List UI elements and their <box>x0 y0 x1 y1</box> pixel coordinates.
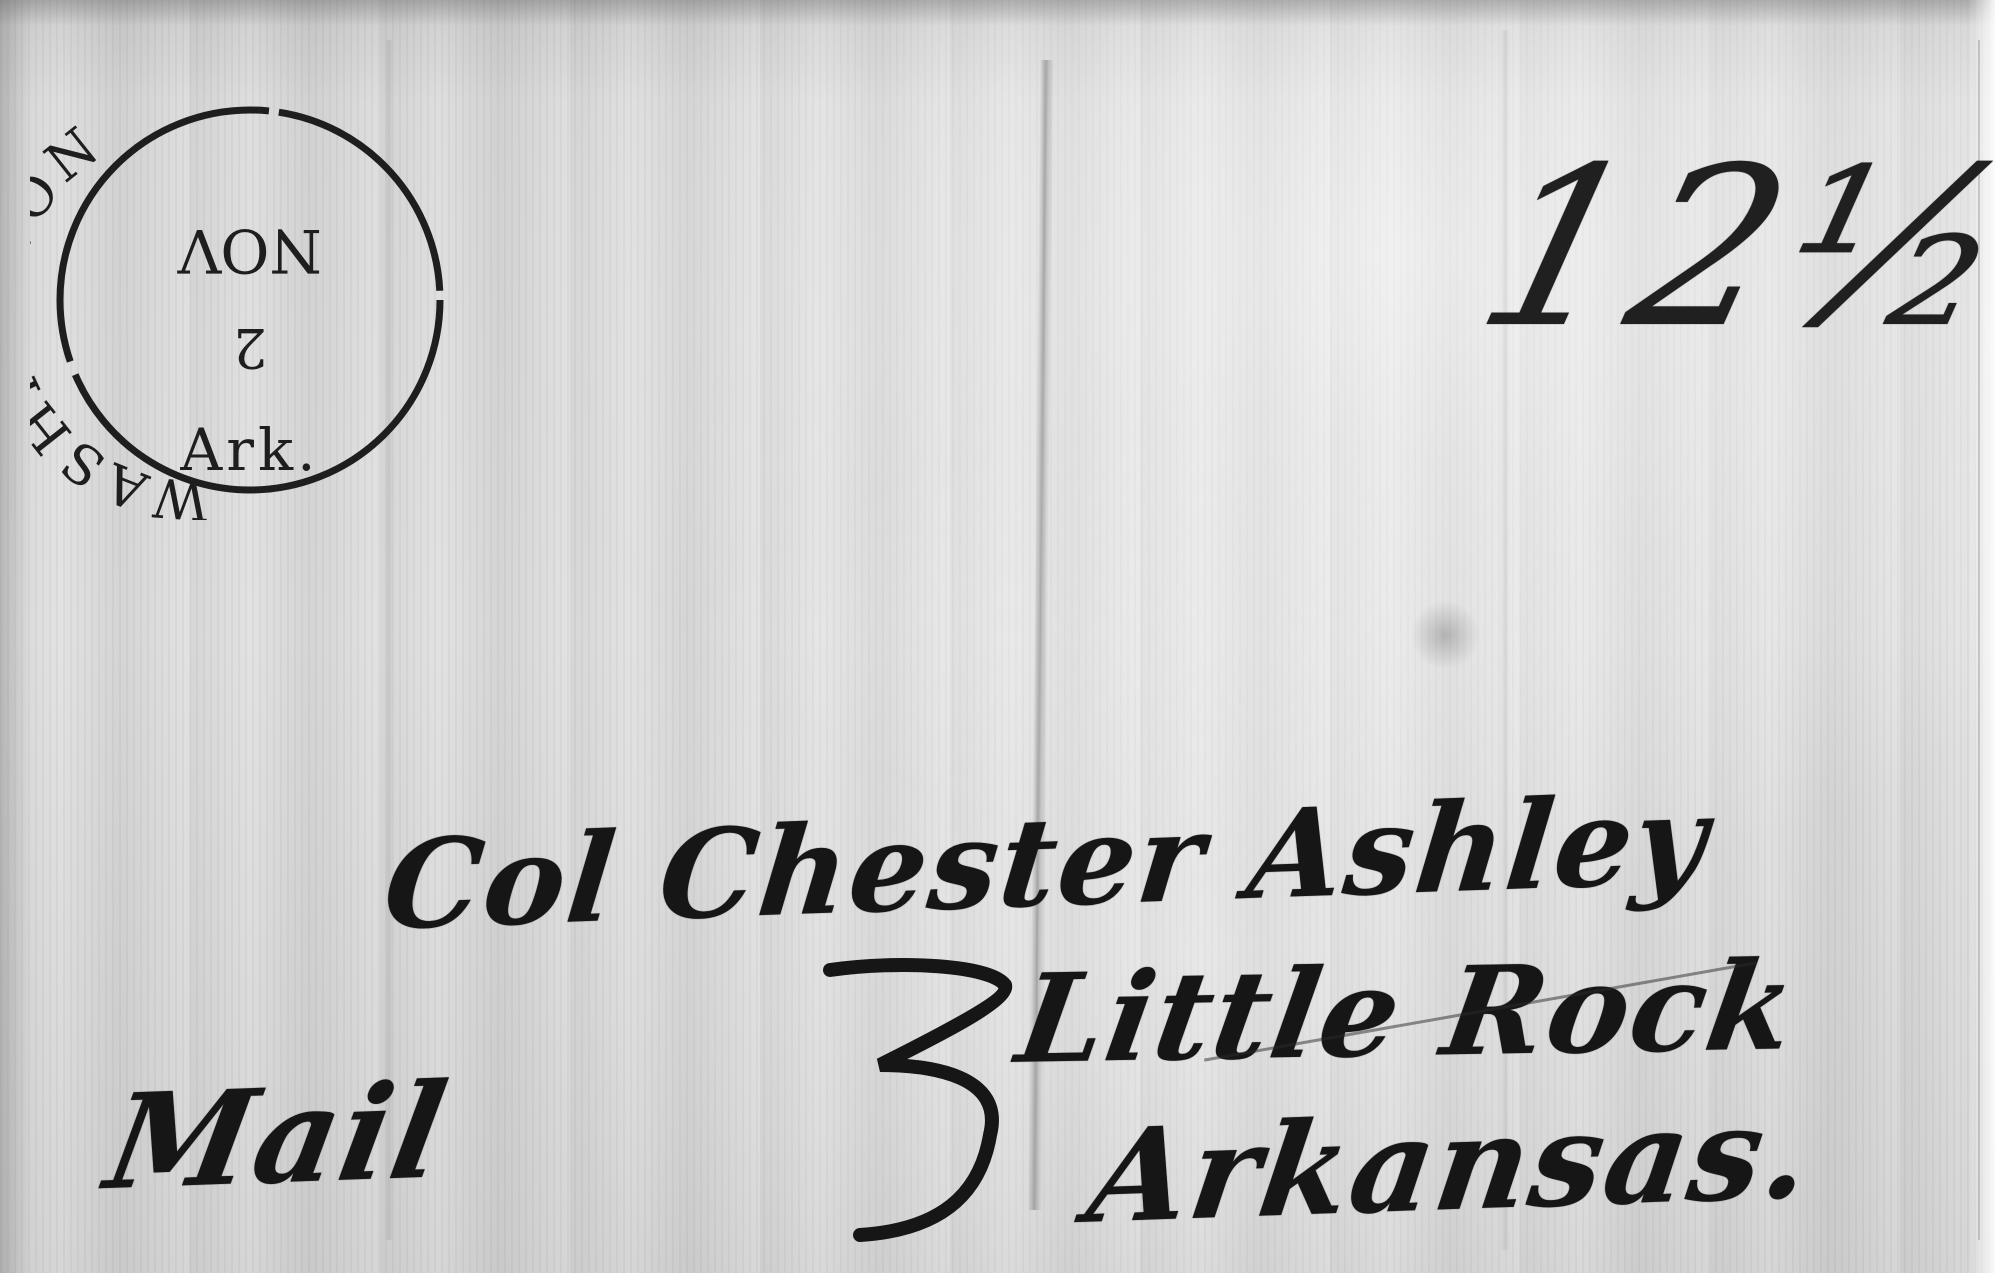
address-state: Arkansas. <box>1080 1077 1822 1253</box>
postmark-state: Ark. <box>179 416 319 484</box>
rate-marking: 12½ <box>1458 120 1995 376</box>
circular-postmark: WASHINGTON NOV 2 Ark. <box>30 80 470 520</box>
envelope-cover: WASHINGTON NOV 2 Ark. 12½ Col Chester As… <box>0 0 1995 1273</box>
scan-edge-top <box>0 0 1995 26</box>
scan-edge-left <box>0 0 30 1273</box>
postmark-month: NOV <box>176 215 322 285</box>
postmark-day: 2 <box>233 316 267 379</box>
addressee-name: Col Chester Ashley <box>378 767 1715 958</box>
brace-flourish-icon <box>820 955 1020 1255</box>
service-mail: Mail <box>97 1054 459 1220</box>
ink-smudge <box>1410 600 1480 670</box>
postmark-ring-icon: WASHINGTON NOV 2 Ark. <box>30 80 470 520</box>
address-city: Little Rock <box>1009 933 1807 1091</box>
